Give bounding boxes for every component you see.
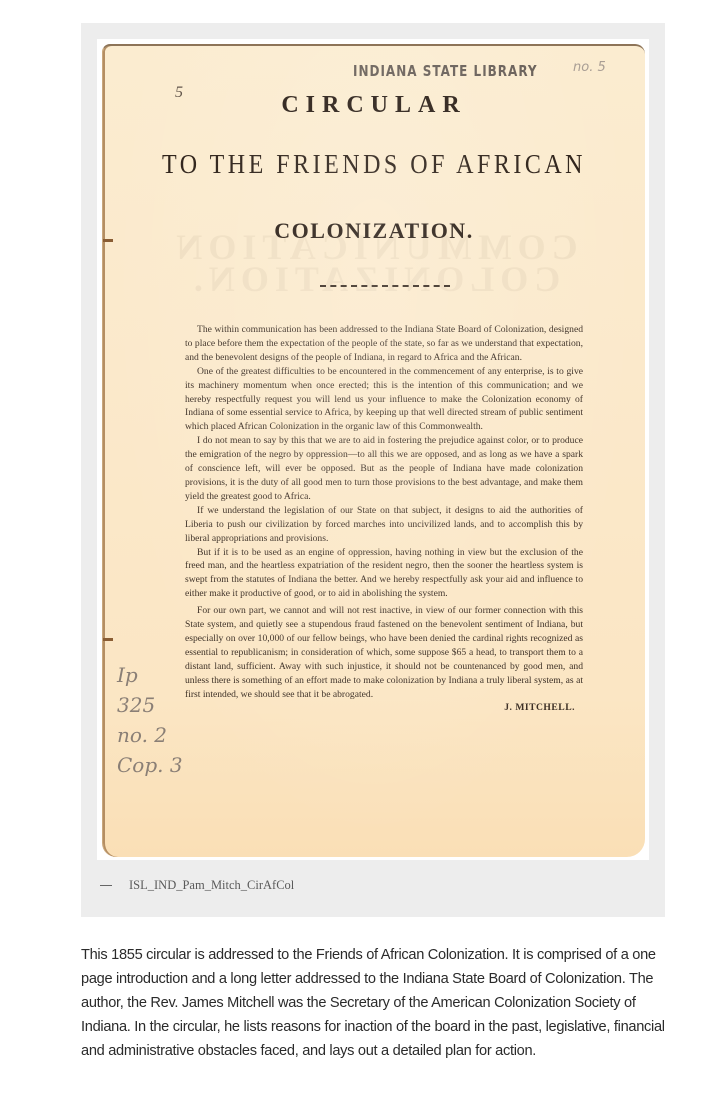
title-divider (320, 285, 450, 287)
binding-mark (103, 239, 113, 242)
document-paragraph: But if it is to be used as an engine of … (185, 546, 583, 602)
document-image[interactable]: COMMUNICATION COLONIZATION. INDIANA STAT… (97, 39, 649, 860)
image-figure: COMMUNICATION COLONIZATION. INDIANA STAT… (81, 23, 665, 917)
handwritten-number-note: no. 5 (573, 60, 606, 75)
document-paragraph: If we understand the legislation of our … (185, 504, 583, 546)
description-paragraph: This 1855 circular is addressed to the F… (81, 943, 681, 1063)
margin-note: 325 (117, 690, 187, 720)
document-paragraph: I do not mean to say by this that we are… (185, 434, 583, 504)
document-body: The within communication has been addres… (185, 323, 583, 715)
handwritten-margin-notes: Ip 325 no. 2 Cop. 3 (117, 660, 187, 780)
margin-note: Ip (117, 660, 187, 690)
document-title-colonization: COLONIZATION. (103, 218, 645, 244)
bleed-through-text: COLONIZATION. (103, 258, 645, 300)
document-paragraph: The within communication has been addres… (185, 323, 583, 365)
margin-note: Cop. 3 (117, 750, 187, 780)
document-paragraph: For our own part, we cannot and will not… (185, 604, 583, 701)
document-title-friends: TO THE FRIENDS OF AFRICAN (103, 150, 645, 181)
binding-mark (103, 638, 113, 641)
document-paragraph: One of the greatest difficulties to be e… (185, 365, 583, 435)
document-title-circular: CIRCULAR (103, 92, 645, 119)
scanned-document-page: COMMUNICATION COLONIZATION. INDIANA STAT… (102, 44, 645, 857)
caption-text: ISL_IND_Pam_Mitch_CirAfCol (129, 878, 294, 893)
margin-note: no. 2 (117, 720, 187, 750)
image-caption: ISL_IND_Pam_Mitch_CirAfCol (100, 878, 294, 893)
library-stamp: INDIANA STATE LIBRARY (353, 62, 538, 80)
caption-dash (100, 885, 112, 886)
document-signature: J. MITCHELL. (185, 701, 583, 715)
